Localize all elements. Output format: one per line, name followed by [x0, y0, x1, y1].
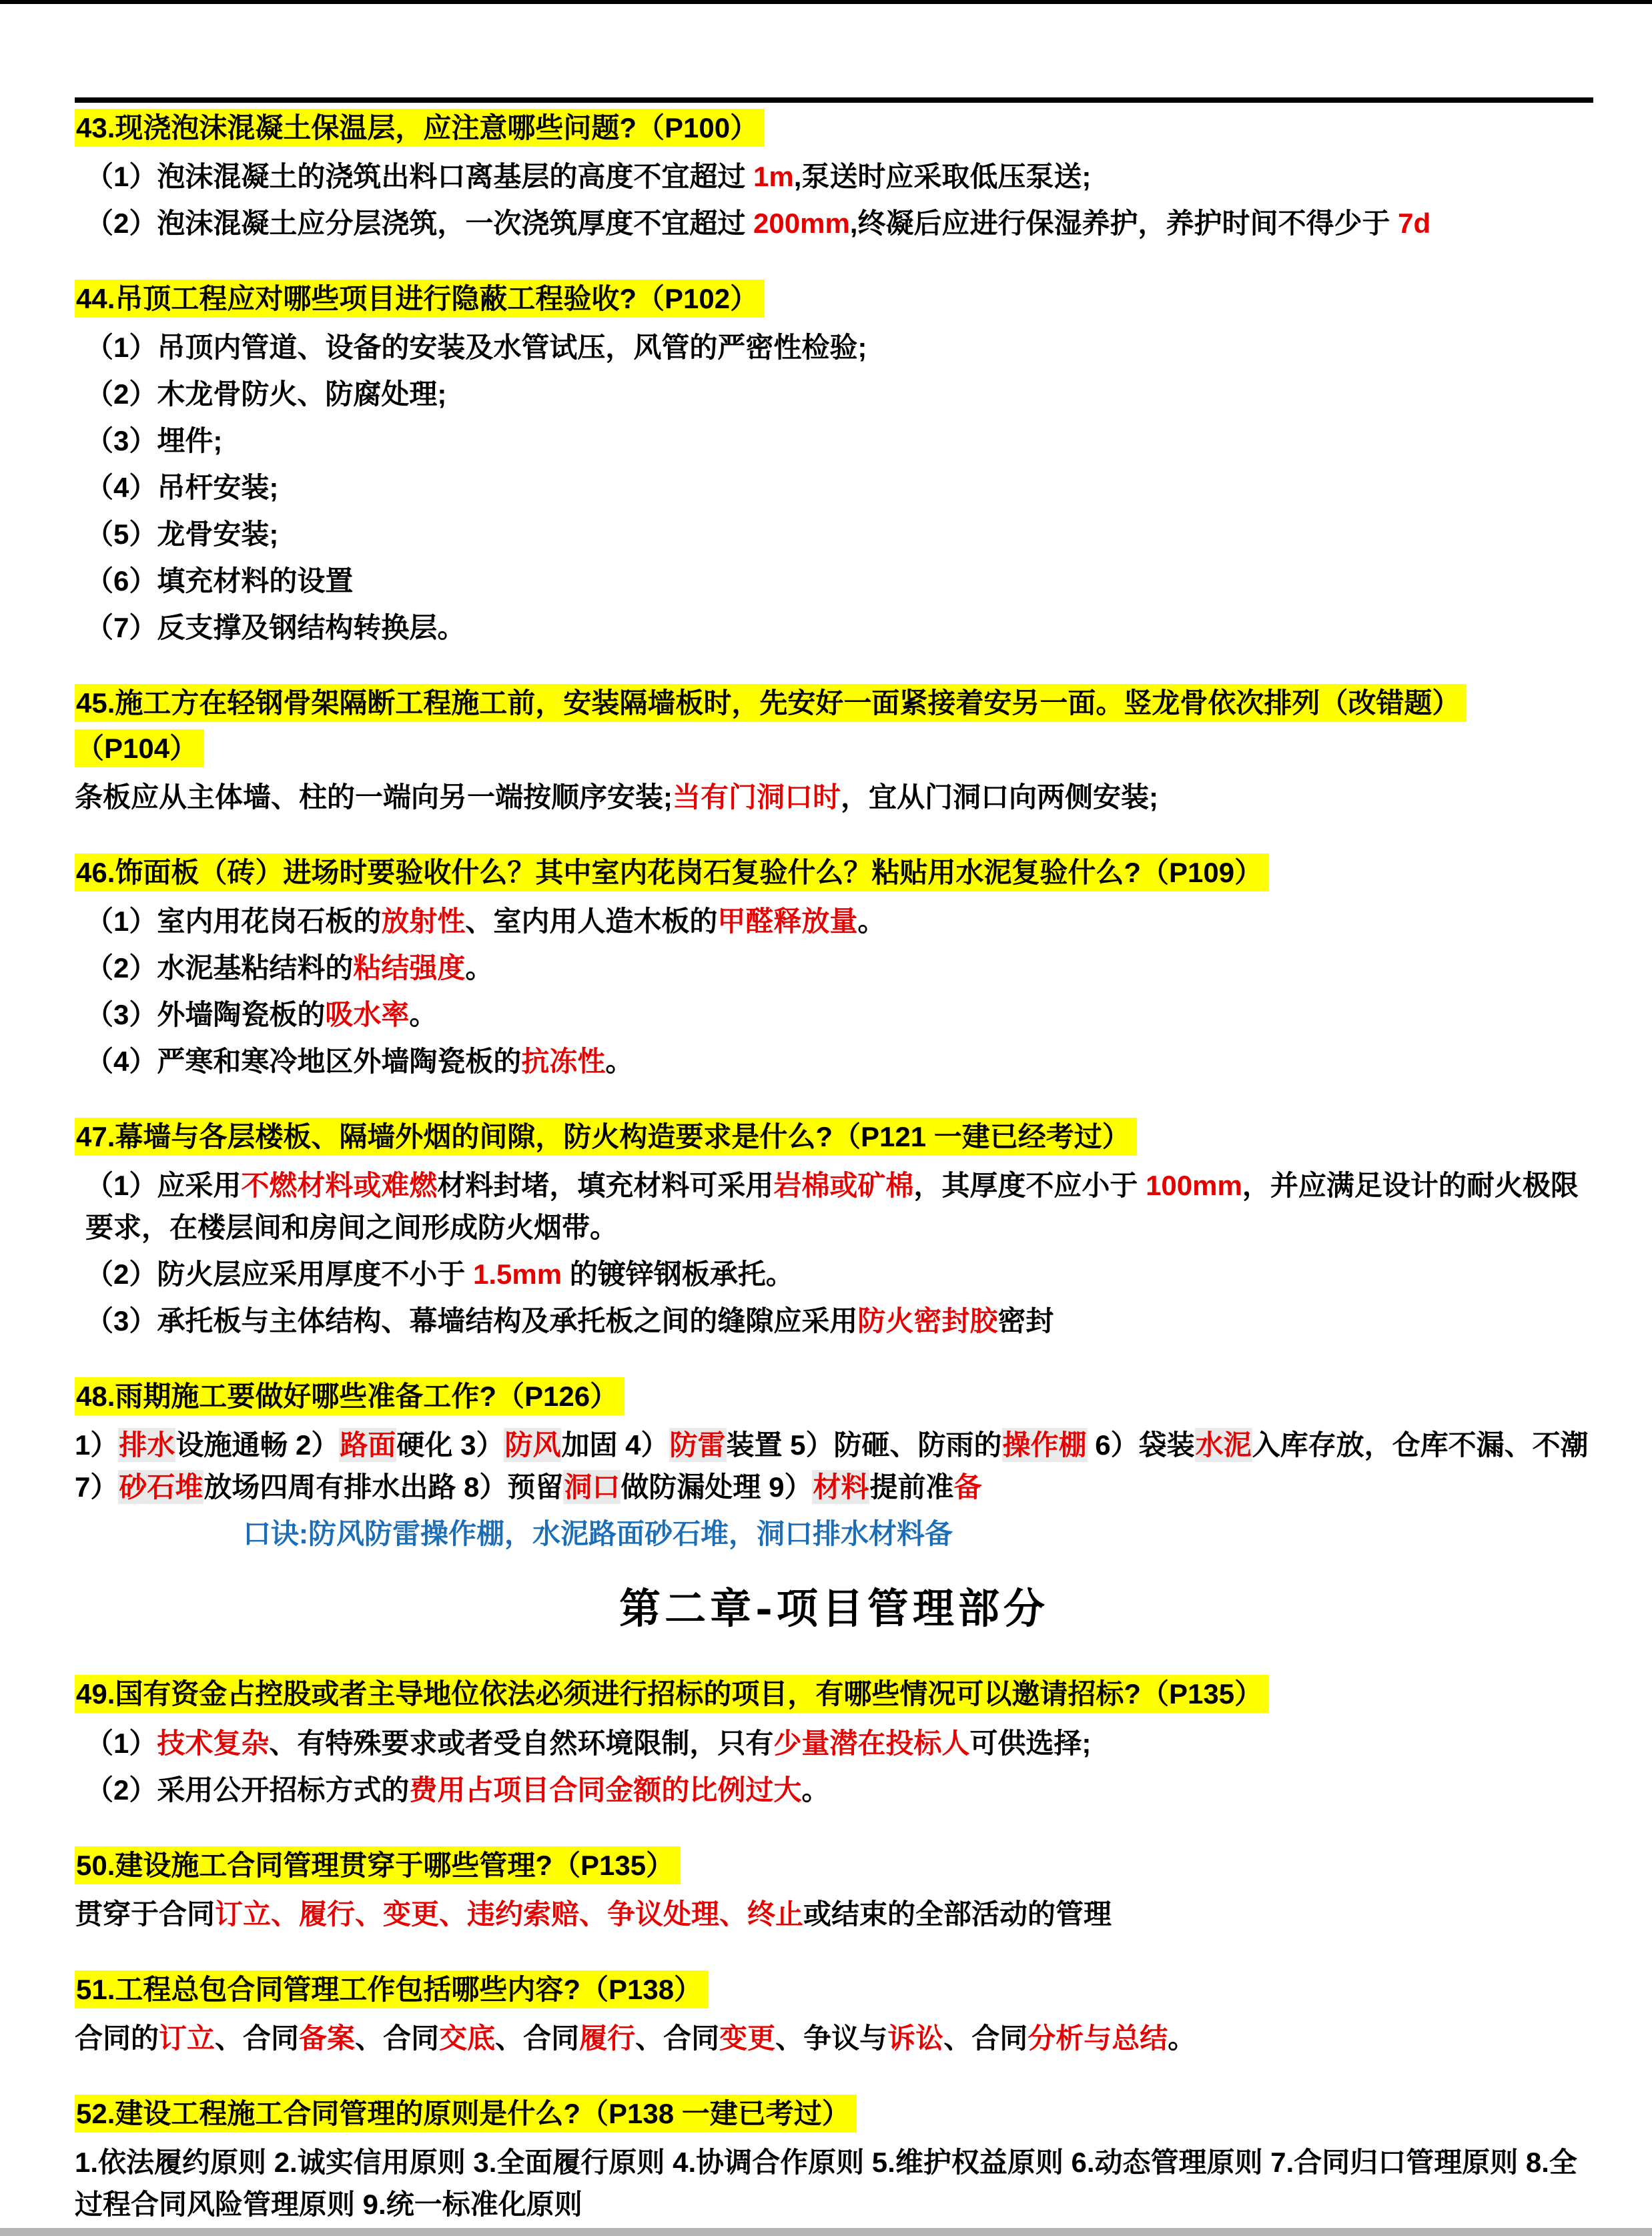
answer-text: （1）: [85, 1728, 157, 1759]
keyword-red: 诉讼: [887, 2022, 943, 2054]
answer-text: 。: [857, 905, 885, 937]
answer-line: （2）水泥基粘结料的粘结强度。: [75, 947, 1593, 989]
qa-section-47: 47.幕墙与各层楼板、隔墙外烟的间隙，防火构造要求是什么?（P121 一建已经考…: [75, 1114, 1593, 1342]
answer-text: （1）吊顶内管道、设备的安装及水管试压，风管的严密性检验;: [85, 332, 867, 363]
answer-text: 设施通畅 2）: [175, 1429, 339, 1461]
answer-text: （2）防火层应采用厚度不小于: [85, 1258, 473, 1290]
answer-text: 、合同: [215, 2022, 299, 2054]
question-heading: 46.饰面板（砖）进场时要验收什么？其中室内花岗石复验什么？粘贴用水泥复验什么?…: [75, 850, 1593, 895]
answer-text: （5）龙骨安装;: [85, 518, 278, 550]
qa-section-46: 46.饰面板（砖）进场时要验收什么？其中室内花岗石复验什么？粘贴用水泥复验什么?…: [75, 850, 1593, 1082]
answer-text: 密封: [997, 1305, 1054, 1337]
answer-text: （4）吊杆安装;: [85, 472, 278, 503]
answer-text: 提前准: [869, 1471, 953, 1503]
answer-line: （6）填充材料的设置: [75, 560, 1593, 602]
answer-line: （5）龙骨安装;: [75, 513, 1593, 555]
sections-container: 43.现浇泡沫混凝土保温层，应注意哪些问题?（P100）（1）泡沫混凝土的浇筑出…: [75, 105, 1593, 2225]
qa-section-45: 45.施工方在轻钢骨架隔断工程施工前，安装隔墙板时，先安好一面紧接着安另一面。竖…: [75, 681, 1593, 817]
qa-section-49: 49.国有资金占控股或者主导地位依法必须进行招标的项目，有哪些情况可以邀请招标?…: [75, 1671, 1593, 1810]
answer-line: （1）技术复杂、有特殊要求或者受自然环境限制，只有少量潜在投标人可供选择;: [75, 1722, 1593, 1764]
question-text: 49.国有资金占控股或者主导地位依法必须进行招标的项目，有哪些情况可以邀请招标?…: [75, 1675, 1269, 1713]
keyword-red: 放射性: [381, 905, 465, 937]
qa-section-51: 51.工程总包合同管理工作包括哪些内容?（P138）合同的订立、合同备案、合同交…: [75, 1967, 1593, 2059]
answer-line: （2）泡沫混凝土应分层浇筑，一次浇筑厚度不宜超过 200mm,终凝后应进行保湿养…: [75, 202, 1593, 244]
answer-text: 、争议与: [775, 2022, 887, 2054]
answer-text: （4）严寒和寒冷地区外墙陶瓷板的: [85, 1046, 521, 1077]
answer-text: 合同的: [75, 2022, 159, 2054]
answer-text: 。: [465, 952, 493, 984]
keyword-red: 不燃材料或难燃: [241, 1170, 437, 1201]
answer-text: （3）承托板与主体结构、幕墙结构及承托板之间的缝隙应采用: [85, 1305, 857, 1337]
qa-section-50: 50.建设施工合同管理贯穿于哪些管理?（P135）贯穿于合同订立、履行、变更、违…: [75, 1843, 1593, 1935]
answer-line: （3）埋件;: [75, 420, 1593, 462]
keyword-red: 交底: [439, 2022, 495, 2054]
answer-text: （2）水泥基粘结料的: [85, 952, 353, 984]
answer-text: ，其厚度不应小于: [913, 1170, 1146, 1201]
keyword-red: 备: [953, 1471, 981, 1503]
keyword-red: 甲醛释放量: [717, 905, 857, 937]
qa-section-52: 52.建设工程施工合同管理的原则是什么?（P138 一建已考过）1.依法履约原则…: [75, 2091, 1593, 2225]
keyword-red: 1.5mm: [473, 1258, 562, 1290]
answer-text: 放场四周有排水出路 8）预留: [203, 1471, 563, 1503]
question-text: 43.现浇泡沫混凝土保温层，应注意哪些问题?（P100）: [75, 109, 765, 147]
answer-line: （1）室内用花岗石板的放射性、室内用人造木板的甲醛释放量。: [75, 900, 1593, 942]
answer-text: 做防漏处理 9）: [621, 1471, 812, 1503]
question-heading: 43.现浇泡沫混凝土保温层，应注意哪些问题?（P100）: [75, 105, 1593, 150]
answer-line: （1）应采用不燃材料或难燃材料封堵，填充材料可采用岩棉或矿棉，其厚度不应小于 1…: [75, 1164, 1593, 1248]
question-text: 45.施工方在轻钢骨架隔断工程施工前，安装隔墙板时，先安好一面紧接着安另一面。竖…: [75, 684, 1467, 722]
qa-section-48: 48.雨期施工要做好哪些准备工作?（P126）1）排水设施通畅 2）路面硬化 3…: [75, 1374, 1593, 1555]
answer-line: （2）防火层应采用厚度不小于 1.5mm 的镀锌钢板承托。: [75, 1253, 1593, 1295]
answer-line: 条板应从主体墙、柱的一端向另一端按顺序安装;当有门洞口时，宜从门洞口向两侧安装;: [75, 776, 1593, 818]
answer-line: （3）外墙陶瓷板的吸水率。: [75, 994, 1593, 1036]
answer-text: 、合同: [635, 2022, 719, 2054]
keyword-red: 费用占项目合同金额的比例过大: [409, 1774, 801, 1806]
answer-text: （1）应采用: [85, 1170, 241, 1201]
question-text: 44.吊顶工程应对哪些项目进行隐蔽工程验收?（P102）: [75, 280, 765, 318]
keyword-redhl: 材料: [812, 1470, 869, 1504]
answer-text: （6）填充材料的设置: [85, 565, 353, 597]
keyword-redhl: 操作棚: [1002, 1428, 1088, 1462]
answer-text: （3）埋件;: [85, 425, 222, 456]
answer-line: 合同的订立、合同备案、合同交底、合同履行、合同变更、争议与诉讼、合同分析与总结。: [75, 2017, 1593, 2059]
keyword-red: 抗冻性: [521, 1046, 605, 1077]
answer-text: 1.依法履约原则 2.诚实信用原则 3.全面履行原则 4.协调合作原则 5.维护…: [75, 2147, 1577, 2220]
answer-text: 的镀锌钢板承托。: [562, 1258, 794, 1290]
answer-text: （1）室内用花岗石板的: [85, 905, 381, 937]
answer-text: （2）泡沫混凝土应分层浇筑，一次浇筑厚度不宜超过: [85, 208, 753, 239]
answer-text: ,泵送时应采取低压泵送;: [794, 161, 1092, 192]
answer-text: 可供选择;: [969, 1728, 1091, 1759]
answer-text: 。: [409, 999, 437, 1030]
keyword-red: 分析与总结: [1027, 2022, 1168, 2054]
question-text: 47.幕墙与各层楼板、隔墙外烟的间隙，防火构造要求是什么?（P121 一建已经考…: [75, 1118, 1137, 1156]
answer-text: 。: [605, 1046, 633, 1077]
answer-text: ，宜从门洞口向两侧安装;: [841, 781, 1158, 813]
question-heading: 50.建设施工合同管理贯穿于哪些管理?（P135）: [75, 1843, 1593, 1888]
answer-text: （2）木龙骨防火、防腐处理;: [85, 378, 446, 410]
keyword-red: 100mm: [1146, 1170, 1242, 1201]
keyword-red: 吸水率: [325, 999, 409, 1030]
keyword-redhl: 路面: [339, 1428, 396, 1462]
keyword-red: 订立、履行、变更、违约索赔、争议处理、终止: [215, 1898, 803, 1930]
keyword-red: 200mm: [753, 208, 850, 239]
answer-text: 条板应从主体墙、柱的一端向另一端按顺序安装;: [75, 781, 673, 813]
answer-line: （1）吊顶内管道、设备的安装及水管试压，风管的严密性检验;: [75, 326, 1593, 368]
chapter-title: 第二章-项目管理部分: [75, 1577, 1593, 1639]
answer-text: （2）采用公开招标方式的: [85, 1774, 409, 1806]
question-heading: 49.国有资金占控股或者主导地位依法必须进行招标的项目，有哪些情况可以邀请招标?…: [75, 1671, 1593, 1716]
question-text: 46.饰面板（砖）进场时要验收什么？其中室内花岗石复验什么？粘贴用水泥复验什么?…: [75, 853, 1269, 891]
keyword-red: 岩棉或矿棉: [773, 1170, 913, 1201]
answer-line: （1）泡沫混凝土的浇筑出料口离基层的高度不宜超过 1m,泵送时应采取低压泵送;: [75, 155, 1593, 198]
keyword-redhl: 砂石堆: [118, 1470, 203, 1504]
keyword-red: 订立: [159, 2022, 215, 2054]
question-text: 51.工程总包合同管理工作包括哪些内容?（P138）: [75, 1970, 709, 2008]
answer-text: 、有特殊要求或者受自然环境限制，只有: [269, 1728, 773, 1759]
keyword-red: 7d: [1398, 208, 1430, 239]
bottom-border-bar: [0, 2228, 1652, 2236]
question-heading: 48.雨期施工要做好哪些准备工作?（P126）: [75, 1374, 1593, 1419]
keyword-red: 备案: [299, 2022, 355, 2054]
keyword-red: 当有门洞口时: [673, 781, 841, 813]
keyword-redhl: 防风: [504, 1428, 561, 1462]
question-heading: 45.施工方在轻钢骨架隔断工程施工前，安装隔墙板时，先安好一面紧接着安另一面。竖…: [75, 681, 1593, 770]
answer-text: （7）反支撑及钢结构转换层。: [85, 612, 465, 643]
keyword-red: 变更: [719, 2022, 775, 2054]
answer-text: 装置 5）防砸、防雨的: [727, 1429, 1002, 1461]
answer-line: （4）严寒和寒冷地区外墙陶瓷板的抗冻性。: [75, 1040, 1593, 1082]
answer-line: 1）排水设施通畅 2）路面硬化 3）防风加固 4）防雷装置 5）防砸、防雨的操作…: [75, 1424, 1593, 1508]
keyword-redhl: 水泥: [1195, 1428, 1252, 1462]
question-text: 50.建设施工合同管理贯穿于哪些管理?（P135）: [75, 1846, 681, 1884]
keyword-red: 少量潜在投标人: [773, 1728, 969, 1759]
question-heading: 52.建设工程施工合同管理的原则是什么?（P138 一建已考过）: [75, 2091, 1593, 2136]
keyword-red: 粘结强度: [353, 952, 465, 984]
answer-line: 口诀:防风防雷操作棚，水泥路面砂石堆，洞口排水材料备: [75, 1513, 1593, 1555]
qa-section-43: 43.现浇泡沫混凝土保温层，应注意哪些问题?（P100）（1）泡沫混凝土的浇筑出…: [75, 105, 1593, 244]
keyword-red: 1m: [753, 161, 794, 192]
answer-line: （4）吊杆安装;: [75, 466, 1593, 508]
document-page: 43.现浇泡沫混凝土保温层，应注意哪些问题?（P100）（1）泡沫混凝土的浇筑出…: [0, 0, 1652, 2236]
answer-text: 。: [801, 1774, 829, 1806]
question-heading: 51.工程总包合同管理工作包括哪些内容?（P138）: [75, 1967, 1593, 2012]
answer-text: （3）外墙陶瓷板的: [85, 999, 325, 1030]
answer-text: 1）: [75, 1429, 118, 1461]
answer-text: 、合同: [355, 2022, 439, 2054]
keyword-blue: 口诀:防风防雷操作棚，水泥路面砂石堆，洞口排水材料备: [243, 1518, 953, 1549]
answer-text: 6）袋装: [1088, 1429, 1195, 1461]
answer-text: 、合同: [943, 2022, 1027, 2054]
keyword-redhl: 排水: [118, 1428, 175, 1462]
horizontal-rule: [75, 97, 1593, 103]
question-heading: 44.吊顶工程应对哪些项目进行隐蔽工程验收?（P102）: [75, 276, 1593, 321]
answer-line: （3）承托板与主体结构、幕墙结构及承托板之间的缝隙应采用防火密封胶密封: [75, 1300, 1593, 1342]
answer-line: 贯穿于合同订立、履行、变更、违约索赔、争议处理、终止或结束的全部活动的管理: [75, 1893, 1593, 1935]
keyword-red: 技术复杂: [157, 1728, 269, 1759]
answer-line: （7）反支撑及钢结构转换层。: [75, 607, 1593, 649]
keyword-redhl: 洞口: [563, 1470, 621, 1504]
answer-text: 贯穿于合同: [75, 1898, 215, 1930]
answer-line: （2）木龙骨防火、防腐处理;: [75, 373, 1593, 415]
question-text: 48.雨期施工要做好哪些准备工作?（P126）: [75, 1377, 625, 1415]
answer-text: ,终凝后应进行保湿养护，养护时间不得少于: [850, 208, 1398, 239]
question-text: 52.建设工程施工合同管理的原则是什么?（P138 一建已考过）: [75, 2095, 857, 2133]
keyword-red: 防火密封胶: [857, 1305, 997, 1337]
answer-text: 硬化 3）: [396, 1429, 504, 1461]
top-border-bar: [0, 0, 1652, 4]
content-area: 43.现浇泡沫混凝土保温层，应注意哪些问题?（P100）（1）泡沫混凝土的浇筑出…: [0, 0, 1652, 2225]
answer-text: 、室内用人造木板的: [465, 905, 717, 937]
answer-text: 加固 4）: [561, 1429, 669, 1461]
qa-section-44: 44.吊顶工程应对哪些项目进行隐蔽工程验收?（P102）（1）吊顶内管道、设备的…: [75, 276, 1593, 649]
answer-text: （1）泡沫混凝土的浇筑出料口离基层的高度不宜超过: [85, 161, 753, 192]
answer-text: 或结束的全部活动的管理: [803, 1898, 1112, 1930]
question-heading: 47.幕墙与各层楼板、隔墙外烟的间隙，防火构造要求是什么?（P121 一建已经考…: [75, 1114, 1593, 1159]
answer-line: （2）采用公开招标方式的费用占项目合同金额的比例过大。: [75, 1769, 1593, 1811]
keyword-redhl: 防雷: [669, 1428, 727, 1462]
keyword-red: 履行: [579, 2022, 635, 2054]
question-text: （P104）: [75, 729, 204, 767]
answer-text: 材料封堵，填充材料可采用: [437, 1170, 773, 1201]
answer-text: 、合同: [495, 2022, 579, 2054]
answer-line: 1.依法履约原则 2.诚实信用原则 3.全面履行原则 4.协调合作原则 5.维护…: [75, 2141, 1593, 2225]
answer-text: 。: [1168, 2022, 1196, 2054]
